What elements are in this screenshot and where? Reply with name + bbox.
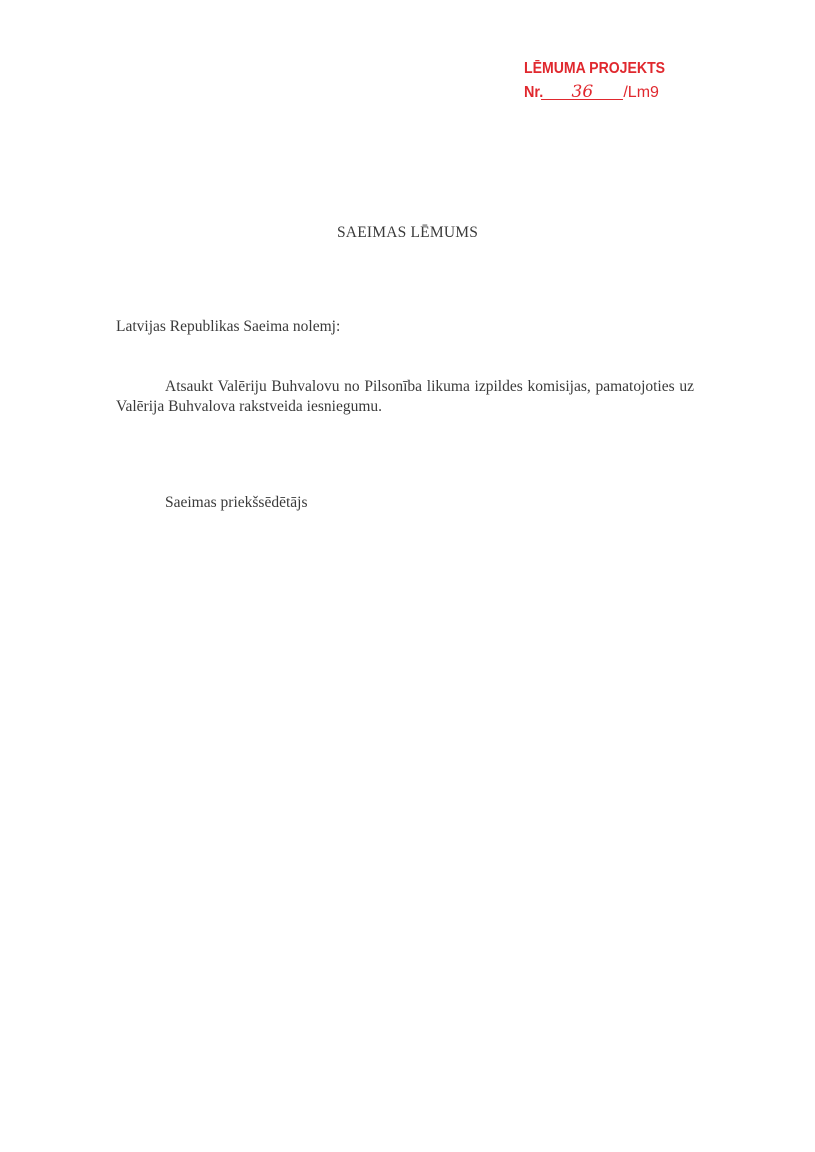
stamp-nr-label: Nr. (524, 84, 543, 102)
stamp-number-line: Nr.36/Lm9 (524, 84, 684, 102)
stamp-suffix: /Lm9 (623, 84, 659, 101)
stamp-handwritten-number: 36 (541, 85, 623, 100)
draft-stamp: LĒMUMA PROJEKTS Nr.36/Lm9 (524, 60, 684, 102)
document-intro: Latvijas Republikas Saeima nolemj: (116, 318, 340, 336)
document-title: SAEIMAS LĒMUMS (0, 224, 815, 242)
document-body: Atsaukt Valēriju Buhvalovu no Pilsonība … (116, 377, 694, 417)
signature-line: Saeimas priekšsēdētājs (165, 494, 307, 512)
stamp-title: LĒMUMA PROJEKTS (524, 60, 665, 78)
